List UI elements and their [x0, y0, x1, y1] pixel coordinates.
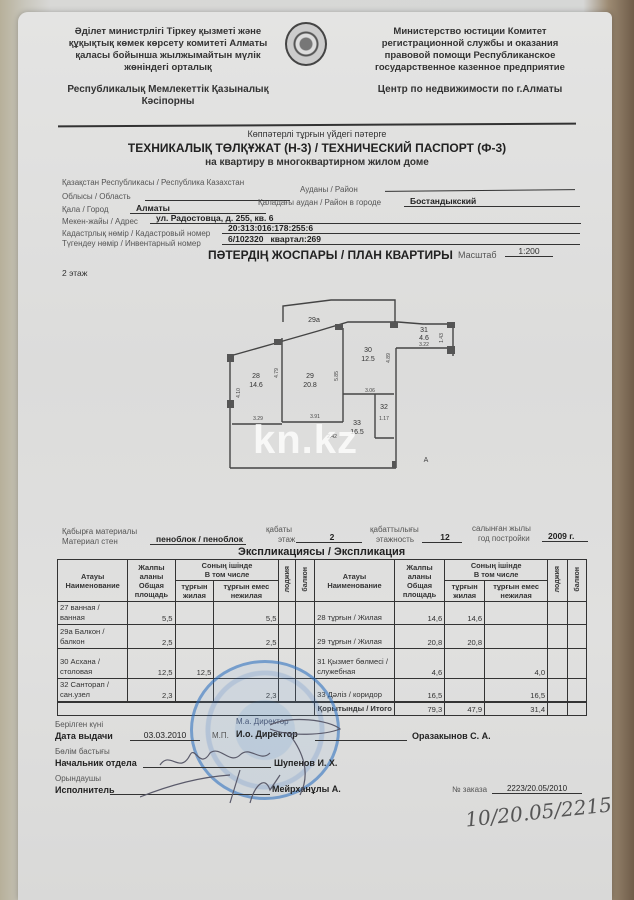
floor-label: 2 этаж: [62, 268, 87, 278]
year-label-ru: год постройки: [478, 534, 530, 543]
ru-center: Центр по недвижимости по г.Алматы: [350, 84, 590, 96]
kz-org-line: құқықтық көмек көрсету комитеті Алматы: [48, 38, 288, 50]
room-30-area: 12.5: [361, 356, 375, 363]
order-label: № заказа: [452, 785, 487, 794]
kz-enterprise: Республикалық Мемлекеттік Қазыналық Кәсі…: [48, 84, 288, 108]
table-row: 27 ванная / ванная5,55,5 28 тұрғын / Жил…: [58, 602, 587, 625]
city-district-label: Қаладағы аудан / Район в городе: [258, 198, 381, 207]
cadastral-value: 20:313:016:178:255:6: [222, 223, 580, 234]
inventory-label: Түгендеу нөмір / Инвентарный номер: [62, 239, 201, 248]
plan-title: ПӘТЕРДІҢ ЖОСПАРЫ / ПЛАН КВАРТИРЫ: [208, 248, 453, 262]
floor-value: 2: [296, 532, 362, 543]
col-name: АтауыНаименование: [58, 560, 128, 602]
watermark: kn.kz: [253, 418, 358, 463]
room-28-area: 14.6: [249, 382, 263, 389]
scale-value: 1:200: [505, 246, 553, 257]
order-value: 2223/20.05/2010: [492, 784, 582, 794]
handwritten-signatures: [140, 715, 400, 805]
year-label-kz: салынған жылы: [472, 524, 531, 533]
col-name-2: АтауыНаименование: [315, 560, 395, 602]
country-label: Қазақстан Республикасы / Республика Каза…: [62, 178, 244, 187]
floors-value: 12: [422, 532, 462, 543]
kazakhstan-emblem-icon: [285, 22, 327, 66]
ru-org-line: правовой помощи Республиканское: [350, 50, 590, 62]
room-28-label: 28: [252, 373, 260, 380]
svg-text:4.10: 4.10: [236, 388, 242, 398]
room-32-label: 32: [380, 404, 388, 411]
room-29a-label: 29a: [308, 317, 320, 324]
kz-org-line: қаласы бойынша жылжымайтын мүлік: [48, 50, 288, 62]
head-label-kz: Бөлім бастығы: [55, 747, 110, 756]
room-29-label: 29: [306, 373, 314, 380]
kz-org-line: Әділет министрлігі Тіркеу қызметі және: [48, 26, 288, 38]
floor-label-kz: қабаты: [266, 525, 292, 534]
region-label: Облысы / Область: [62, 192, 131, 201]
wall-label-kz: Қабырға материалы: [62, 527, 137, 536]
col-incl: Соның ішіндеВ том числе: [175, 560, 279, 581]
svg-text:5.85: 5.85: [334, 371, 340, 381]
inventory-value: 6/102320 квартал:269: [222, 234, 580, 245]
cadastral-label: Кадастрлық нөмір / Кадастровый номер: [62, 229, 210, 238]
title-line1: Көппәтерлі тұрғын үйдегі пәтерге: [0, 129, 634, 139]
col-loggia-2: лоджия: [548, 560, 568, 602]
issue-label-ru: Дата выдачи: [55, 731, 113, 741]
table-header-row: АтауыНаименование ЖалпыаланыОбщаяплощадь…: [58, 560, 587, 581]
col-incl-2: Соның ішіндеВ том числе: [445, 560, 548, 581]
floors-label-ru: этажность: [376, 535, 414, 544]
header-ru: Министерство юстиции Комитет регистрацио…: [350, 26, 590, 96]
kz-org-line: жөніндегі орталық: [48, 62, 288, 74]
executor-label-kz: Орындаушы: [55, 774, 101, 783]
issue-label-kz: Берілген күні: [55, 720, 103, 729]
header-kz: Әділет министрлігі Тіркеу қызметі және қ…: [48, 26, 288, 108]
svg-text:1.17: 1.17: [379, 416, 389, 422]
document-title: ТЕХНИКАЛЫҚ ТӨЛҚҰЖАТ (Н-3) / ТЕХНИЧЕСКИЙ …: [0, 141, 634, 155]
svg-text:4.89: 4.89: [386, 353, 392, 363]
floors-label-kz: қабаттылығы: [370, 525, 419, 534]
ru-org-line: государственное казенное предприятие: [350, 62, 590, 74]
district-label: Ауданы / Район: [300, 185, 358, 194]
room-30-label: 30: [364, 347, 372, 354]
col-total: ЖалпыаланыОбщаяплощадь: [128, 560, 175, 602]
explication-title: Экспликациясы / Экспликация: [238, 546, 405, 558]
col-balcony-2: балкон: [568, 560, 587, 602]
svg-text:1.43: 1.43: [439, 333, 445, 343]
executor-label-ru: Исполнитель: [55, 785, 115, 795]
svg-text:3.06: 3.06: [365, 388, 375, 394]
col-balcony: балкон: [296, 560, 315, 602]
head-label-ru: Начальник отдела: [55, 758, 137, 768]
wall-value: пеноблок / пеноблок: [150, 534, 246, 545]
city-district-value: Бостандыкский: [404, 196, 580, 207]
table-row: 29а Балкон / балкон2,52,5 29 тұрғын / Жи…: [58, 625, 587, 649]
director-name: Оразакынов С. А.: [412, 731, 491, 741]
scale-label: Масштаб: [458, 250, 497, 260]
table-row: 30 Асхана / столовая12,512,5 31 Қызмет б…: [58, 649, 587, 679]
title-line3: на квартиру в многоквартирном жилом доме: [0, 157, 634, 168]
ru-org-line: регистрационной службы и оказания: [350, 38, 590, 50]
year-value: 2009 г.: [542, 531, 588, 542]
floor-label-ru: этаж: [278, 535, 295, 544]
room-29-area: 20.8: [303, 382, 317, 389]
room-31-label: 31: [420, 327, 428, 334]
city-label: Қала / Город: [62, 205, 109, 214]
svg-text:3.22: 3.22: [419, 342, 429, 348]
wall-label-ru: Материал стен: [62, 537, 118, 546]
col-total-2: ЖалпыаланыОбщаяплощадь: [394, 560, 444, 602]
address-label: Мекен-жайы / Адрес: [62, 217, 138, 226]
section-mark: A: [424, 457, 429, 464]
svg-text:4.79: 4.79: [274, 368, 280, 378]
ru-org-line: Министерство юстиции Комитет: [350, 26, 590, 38]
room-31-area: 4.6: [419, 335, 429, 342]
col-loggia: лоджия: [279, 560, 296, 602]
